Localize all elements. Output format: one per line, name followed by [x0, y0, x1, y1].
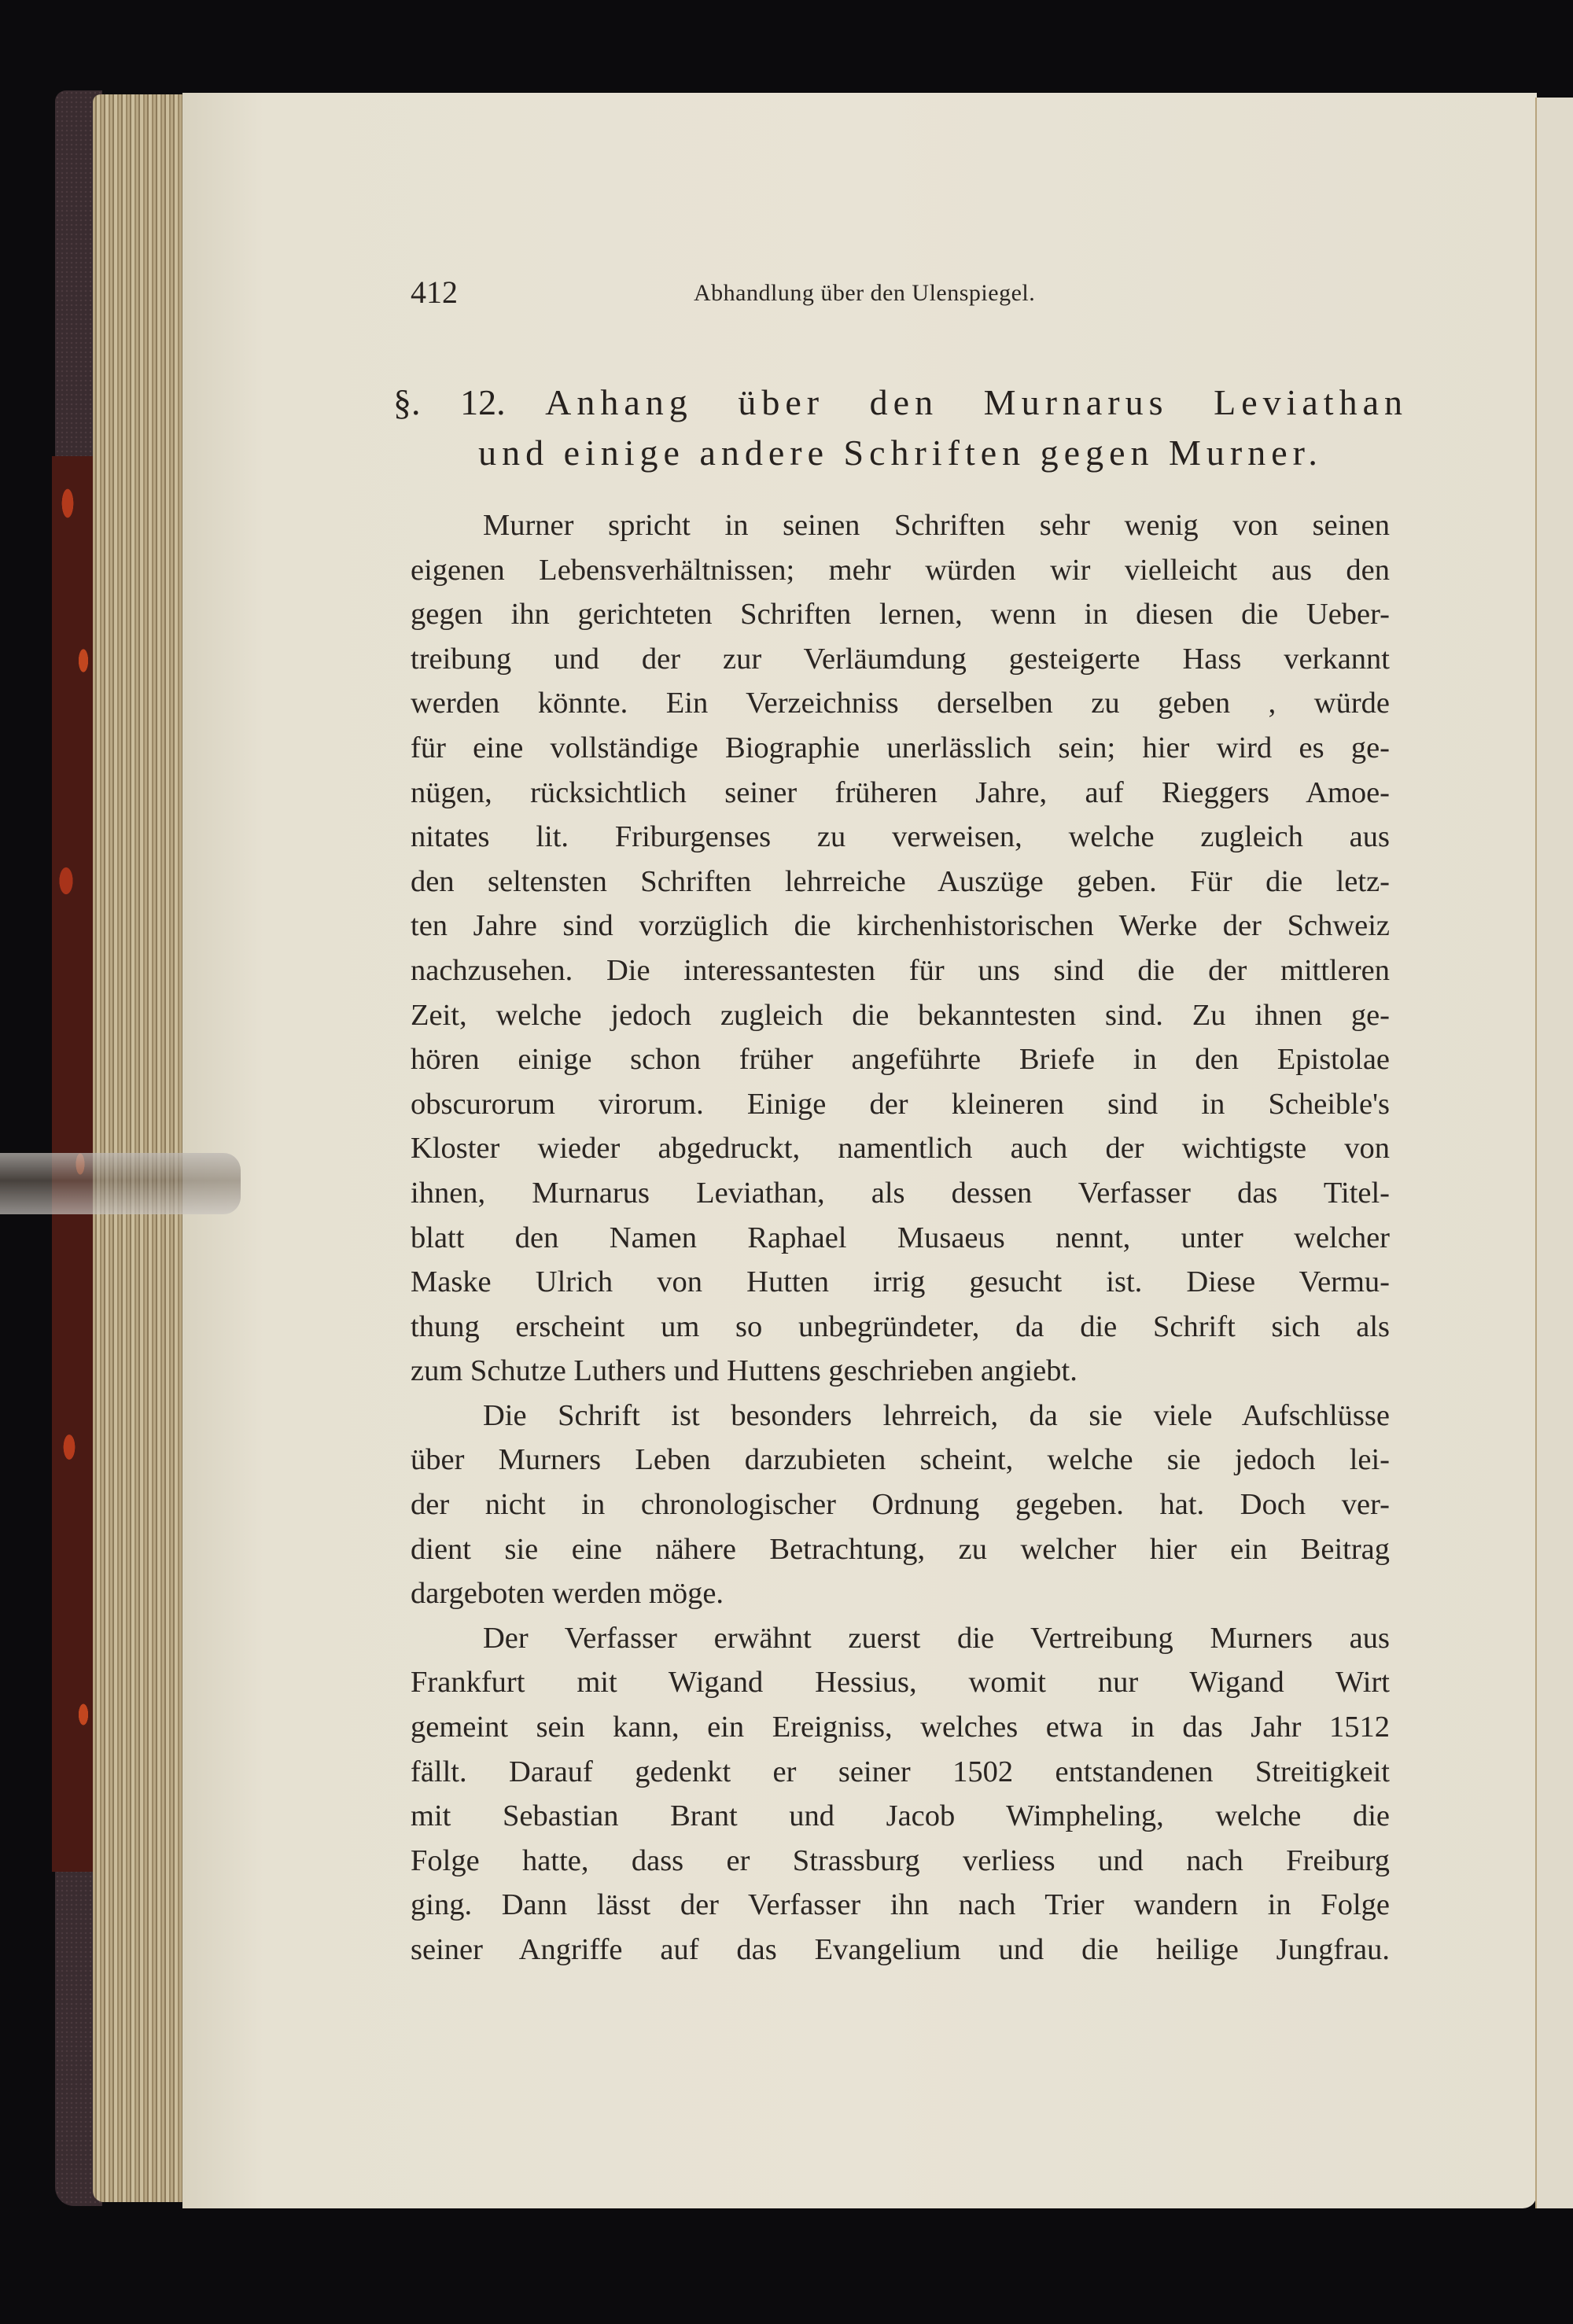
text-line: Maske Ulrich von Hutten irrig gesucht is… [411, 1260, 1390, 1305]
section-heading: §. 12. Anhang über den Murnarus Leviatha… [393, 378, 1408, 478]
section-title-line-2: und einige andere Schriften gegen Murner… [478, 433, 1323, 473]
text-line: hören einige schon früher angeführte Bri… [411, 1037, 1390, 1082]
text-line: dargeboten werden möge. [411, 1571, 1390, 1616]
text-line: für eine vollständige Biographie unerläs… [411, 726, 1390, 771]
page-stack-edges [93, 94, 184, 2202]
text-line: nitates lit. Friburgenses zu verweisen, … [411, 815, 1390, 860]
text-line: mit Sebastian Brant und Jacob Wimpheling… [411, 1794, 1390, 1839]
text-line: ihnen, Murnarus Leviathan, als dessen Ve… [411, 1171, 1390, 1216]
glass-page-holder-rod [0, 1153, 241, 1214]
body-text: Murner spricht in seinen Schriften sehr … [411, 503, 1390, 1972]
section-heading-line-1: §. 12. Anhang über den Murnarus Leviatha… [393, 378, 1408, 428]
text-line: seiner Angriffe auf das Evangelium und d… [411, 1928, 1390, 1972]
running-head: 412 Abhandlung über den Ulenspiegel. [411, 274, 1398, 313]
text-line: eigenen Lebensverhältnissen; mehr würden… [411, 548, 1390, 593]
text-line: obscurorum virorum. Einige der kleineren… [411, 1082, 1390, 1127]
page-number: 412 [411, 274, 458, 311]
section-number: §. 12. [393, 382, 506, 422]
text-line: ten Jahre sind vorzüglich die kirchenhis… [411, 904, 1390, 948]
text-line: Frankfurt mit Wigand Hessius, womit nur … [411, 1660, 1390, 1705]
text-line: ging. Dann lässt der Verfasser ihn nach … [411, 1883, 1390, 1928]
text-line: über Murners Leben darzubieten scheint, … [411, 1438, 1390, 1482]
text-line: thung erscheint um so unbegründeter, da … [411, 1305, 1390, 1350]
text-line: Der Verfasser erwähnt zuerst die Vertrei… [411, 1616, 1390, 1661]
text-line: nachzusehen. Die interessantesten für un… [411, 948, 1390, 993]
text-line: Zeit, welche jedoch zugleich die bekannt… [411, 993, 1390, 1038]
text-line: nügen, rücksichtlich seiner früheren Jah… [411, 771, 1390, 816]
text-line: zum Schutze Luthers und Huttens geschrie… [411, 1349, 1390, 1394]
text-line: Folge hatte, dass er Strassburg verliess… [411, 1839, 1390, 1884]
text-line: den seltensten Schriften lehrreiche Ausz… [411, 860, 1390, 904]
text-line: Die Schrift ist besonders lehrreich, da … [411, 1394, 1390, 1438]
running-title: Abhandlung über den Ulenspiegel. [694, 280, 1035, 307]
text-line: blatt den Namen Raphael Musaeus nennt, u… [411, 1216, 1390, 1261]
text-line: Murner spricht in seinen Schriften sehr … [411, 503, 1390, 548]
section-title-line-1: Anhang über den Murnarus Leviathan [545, 382, 1408, 422]
text-line: treibung und der zur Verläumdung gesteig… [411, 637, 1390, 682]
text-line: der nicht in chronologischer Ordnung geg… [411, 1482, 1390, 1527]
facing-page-edge [1535, 98, 1573, 2208]
text-line: fällt. Darauf gedenkt er seiner 1502 ent… [411, 1750, 1390, 1795]
text-line: dient sie eine nähere Betrachtung, zu we… [411, 1527, 1390, 1572]
text-line: Kloster wieder abgedruckt, namentlich au… [411, 1126, 1390, 1171]
text-line: gegen ihn gerichteten Schriften lernen, … [411, 592, 1390, 637]
text-line: gemeint sein kann, ein Ereigniss, welche… [411, 1705, 1390, 1750]
text-line: werden könnte. Ein Verzeichniss derselbe… [411, 681, 1390, 726]
